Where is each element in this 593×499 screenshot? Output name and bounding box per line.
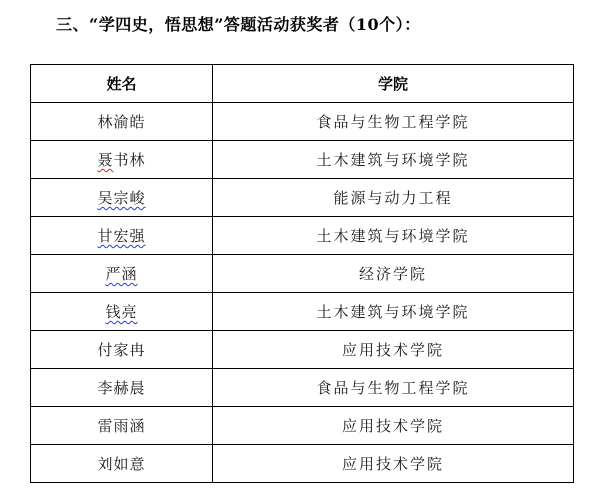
college-cell[interactable]: 经济学院	[213, 255, 574, 293]
table-row: 严涵 经济学院	[31, 255, 574, 293]
college-cell[interactable]: 土木建筑与环境学院	[213, 141, 574, 179]
spellcheck-flagged-text[interactable]: 聂	[97, 151, 113, 169]
column-header-college: 学院	[213, 65, 574, 103]
college-cell[interactable]: 食品与生物工程学院	[213, 103, 574, 141]
name-cell[interactable]: 聂书林	[31, 141, 213, 179]
name-cell[interactable]: 钱亮	[31, 293, 213, 331]
name-cell[interactable]: 李赫晨	[31, 369, 213, 407]
name-text: 付家冉	[97, 341, 145, 359]
college-cell[interactable]: 土木建筑与环境学院	[213, 293, 574, 331]
table-row: 林渝皓 食品与生物工程学院	[31, 103, 574, 141]
college-cell[interactable]: 能源与动力工程	[213, 179, 574, 217]
table-row: 李赫晨 食品与生物工程学院	[31, 369, 574, 407]
section-title: 三、“学四史，悟思想”答题活动获奖者（10个）：	[56, 14, 421, 36]
name-cell[interactable]: 严涵	[31, 255, 213, 293]
name-text: 李赫晨	[97, 379, 145, 397]
name-cell[interactable]: 刘如意	[31, 445, 213, 483]
award-winners-table: 姓名 学院 林渝皓 食品与生物工程学院 聂书林 土木建筑与环境学院 吴宗峻 能源…	[30, 64, 574, 483]
spellcheck-flagged-text[interactable]: 甘宏强	[97, 227, 145, 245]
name-text: 雷雨涵	[97, 417, 145, 435]
name-cell[interactable]: 吴宗峻	[31, 179, 213, 217]
table-row: 付家冉 应用技术学院	[31, 331, 574, 369]
spellcheck-flagged-text[interactable]: 钱亮	[105, 303, 137, 321]
name-text: 林渝皓	[97, 113, 145, 131]
name-text: 书林	[114, 151, 146, 169]
table-row: 甘宏强 土木建筑与环境学院	[31, 217, 574, 255]
column-header-name: 姓名	[31, 65, 213, 103]
table-row: 雷雨涵 应用技术学院	[31, 407, 574, 445]
college-cell[interactable]: 食品与生物工程学院	[213, 369, 574, 407]
name-cell[interactable]: 付家冉	[31, 331, 213, 369]
table-row: 聂书林 土木建筑与环境学院	[31, 141, 574, 179]
name-cell[interactable]: 林渝皓	[31, 103, 213, 141]
college-cell[interactable]: 应用技术学院	[213, 407, 574, 445]
spellcheck-flagged-text[interactable]: 吴宗峻	[97, 189, 145, 207]
spellcheck-flagged-text[interactable]: 严涵	[105, 265, 137, 283]
table-row: 吴宗峻 能源与动力工程	[31, 179, 574, 217]
college-cell[interactable]: 应用技术学院	[213, 445, 574, 483]
table-row: 钱亮 土木建筑与环境学院	[31, 293, 574, 331]
table-header-row: 姓名 学院	[31, 65, 574, 103]
name-cell[interactable]: 甘宏强	[31, 217, 213, 255]
name-text: 刘如意	[97, 455, 145, 473]
table-row: 刘如意 应用技术学院	[31, 445, 574, 483]
college-cell[interactable]: 应用技术学院	[213, 331, 574, 369]
name-cell[interactable]: 雷雨涵	[31, 407, 213, 445]
college-cell[interactable]: 土木建筑与环境学院	[213, 217, 574, 255]
